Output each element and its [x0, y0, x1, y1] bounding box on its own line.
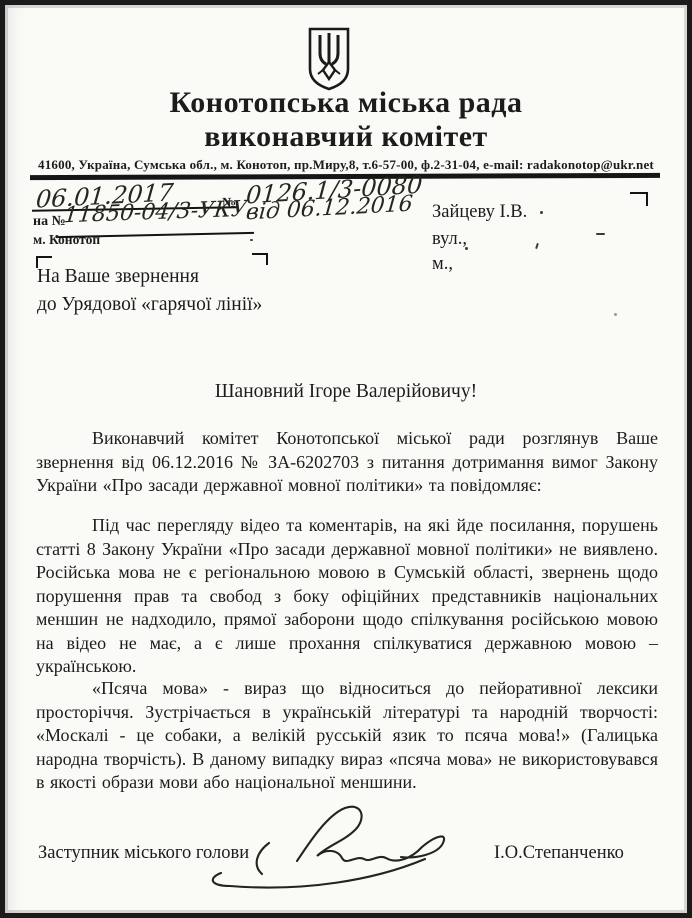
scan-speck	[535, 243, 539, 249]
handwritten-incoming-number: 11850-04/3-УКУ	[63, 197, 249, 228]
body-paragraph: Виконавчий комітет Конотопської міської …	[36, 427, 658, 498]
body-paragraph: Під час перегляду відео та коментарів, н…	[36, 514, 658, 679]
incoming-number-label: на №	[33, 214, 66, 230]
scan-speck	[614, 313, 617, 316]
scan-speck	[596, 233, 605, 235]
addressee-city-redacted: м.,	[432, 254, 453, 275]
signer-name: І.О.Степанченко	[494, 843, 624, 864]
org-contact-line: 41600, Україна, Сумська обл., м. Конотоп…	[0, 157, 692, 173]
addressee-street-redacted: вул.,	[432, 229, 467, 250]
corner-mark	[252, 253, 268, 265]
scan-speck	[465, 247, 468, 250]
signature-autograph-icon	[205, 797, 500, 895]
scanned-letter-page: Конотопська міська рада виконавчий коміт…	[0, 0, 692, 918]
org-name-line2: виконавчий комітет	[0, 120, 692, 154]
corner-mark	[630, 192, 648, 206]
stamp-city: м. Конотоп	[33, 232, 100, 248]
org-name-line1: Конотопська міська рада	[0, 86, 692, 120]
addressee-name: Зайцеву І.В.	[432, 202, 527, 223]
scan-speck	[250, 239, 253, 241]
salutation: Шановний Ігоре Валерійовичу!	[0, 381, 692, 403]
subject-line2: до Урядової «гарячої лінії»	[37, 294, 262, 316]
scan-speck	[540, 211, 543, 214]
subject-line1: На Ваше звернення	[37, 266, 199, 288]
body-paragraph: «Псяча мова» - вираз що відноситься до п…	[36, 677, 658, 795]
ukraine-trident-emblem-icon	[307, 27, 351, 91]
